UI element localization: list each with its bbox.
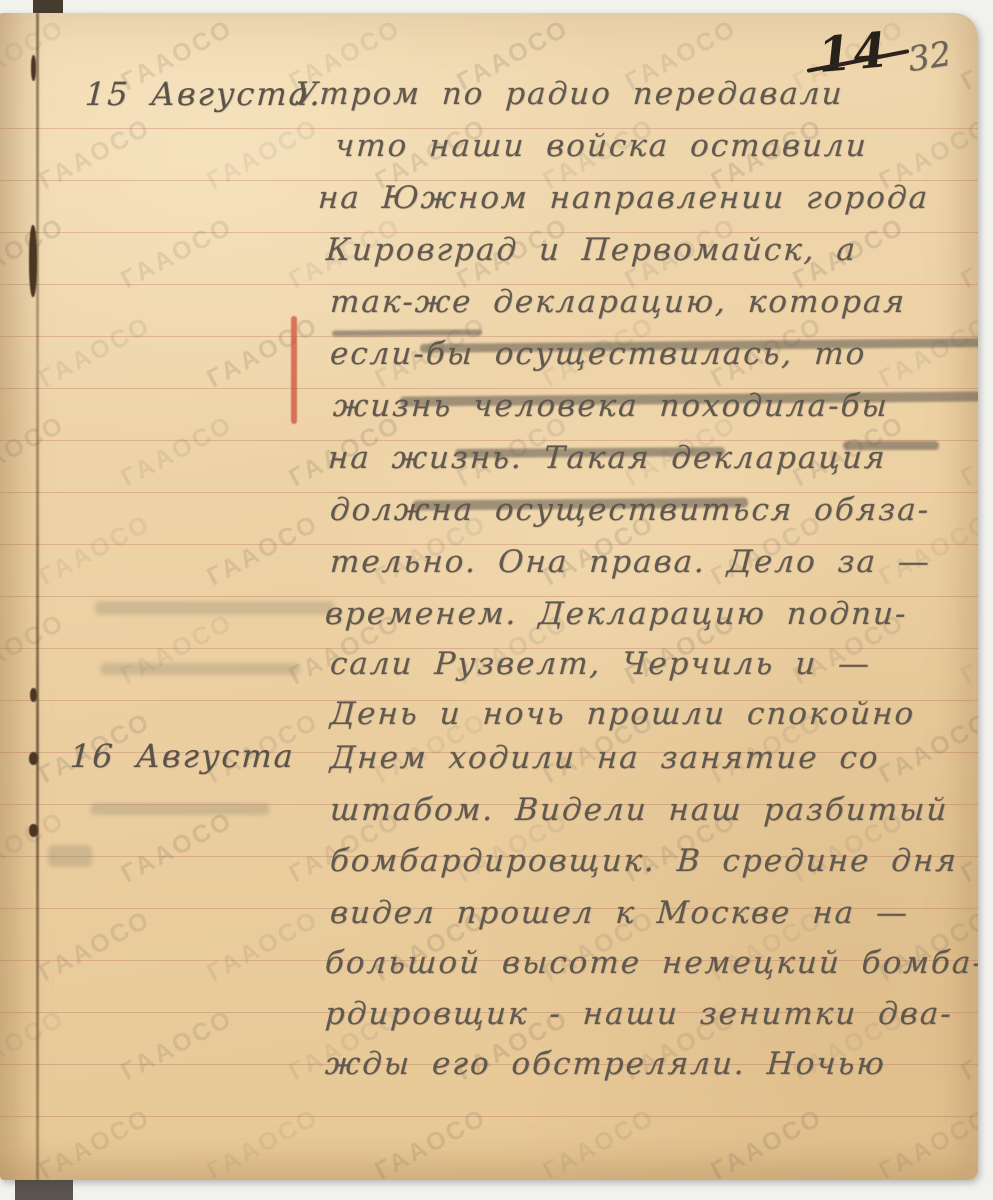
handwritten-line: так-же декларацию, которая — [329, 284, 907, 320]
handwritten-line: должна осуществиться обяза- — [329, 492, 931, 528]
handwritten-line: Кировград и Первомайск, а — [325, 232, 858, 268]
binding-stitch — [30, 688, 37, 702]
binding-stitch — [31, 55, 36, 81]
bleed-through-ghost — [90, 803, 270, 815]
page-number-pencil: 32 — [905, 34, 954, 80]
page-number-ink: 14 — [816, 22, 891, 84]
handwritten-line: рдировщик - наши зенитки два- — [324, 996, 954, 1032]
red-margin-mark — [291, 316, 297, 424]
handwritten-line: Утром по радио передавали — [294, 76, 845, 112]
handwritten-line: на жизнь. Такая декларация — [327, 440, 887, 476]
binding-crease — [36, 13, 39, 1180]
bleed-through-ghost — [95, 601, 335, 615]
binding-stitch — [29, 752, 38, 765]
handwritten-line: если-бы осуществилась, то — [329, 336, 867, 372]
handwritten-line: большой высоте немецкий бомба- — [324, 945, 978, 981]
handwritten-line: День и ночь прошли спокойно — [329, 696, 916, 732]
binding-stitch — [29, 824, 38, 837]
handwritten-line: Днем ходили на занятие со — [329, 740, 880, 776]
diary-page: ГААОСОГААОСОГААОСОГААОСОГААОСОГААОСОГААО… — [0, 13, 978, 1180]
binding-stitch — [29, 225, 37, 297]
entry-date-15-august: 15 Августа. — [84, 75, 323, 113]
handwritten-line: что наши войска оставили — [334, 128, 869, 164]
scanned-diary-photo: ГААОСОГААОСОГААОСОГААОСОГААОСОГААОСОГААО… — [0, 0, 993, 1200]
handwritten-line: видел прошел к Москве на — — [329, 895, 910, 931]
handwritten-line: тельно. Она права. Дело за — — [329, 544, 932, 580]
handwritten-line: на Южном направлении города — [317, 180, 930, 216]
handwritten-line: штабом. Видели наш разбитый — [329, 792, 949, 828]
handwritten-line: жды его обстреляли. Ночью — [324, 1046, 887, 1082]
handwritten-line: сали Рузвелт, Черчиль и — — [329, 646, 872, 682]
binding-tab-bottom — [15, 1179, 73, 1200]
handwritten-line: бомбардировщик. В средине дня — [329, 843, 959, 879]
bleed-through-ghost — [100, 663, 300, 675]
handwritten-line: жизнь человека походила-бы — [332, 388, 890, 424]
handwritten-line: временем. Декларацию подпи- — [324, 596, 908, 632]
gutter-smudge — [48, 845, 92, 867]
entry-date-16-august: 16 Августа — [69, 737, 296, 775]
